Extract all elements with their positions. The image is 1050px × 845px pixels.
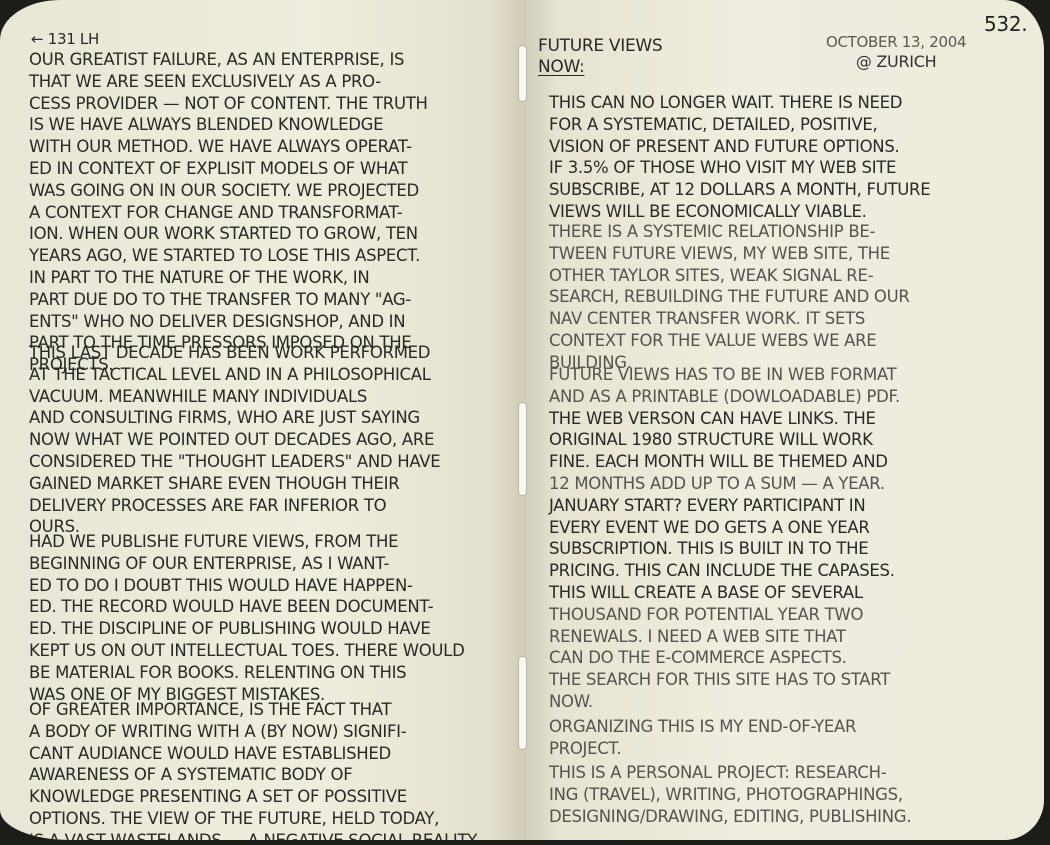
text-line: AT THE TACTICAL LEVEL AND IN A PHILOSOPH… xyxy=(29,364,440,386)
text-line: CESS PROVIDER — NOT OF CONTENT. THE TRUT… xyxy=(29,93,428,115)
page-heading: FUTURE VIEWS NOW: xyxy=(538,36,662,78)
text-line: AWARENESS OF A SYSTEMATIC BODY OF xyxy=(29,764,477,786)
text-line: THIS IS A PERSONAL PROJECT: RESEARCH- xyxy=(549,762,911,784)
text-line: THIS WILL CREATE A BASE OF SEVERAL xyxy=(549,582,900,604)
left-paragraph-2: THIS LAST DECADE HAS BEEN WORK PERFORMED… xyxy=(29,342,440,538)
text-line: CONSIDERED THE "THOUGHT LEADERS" AND HAV… xyxy=(29,451,440,473)
text-line: NOW WHAT WE POINTED OUT DECADES AGO, ARE xyxy=(29,429,440,451)
text-line: YEARS AGO, WE STARTED TO LOSE THIS ASPEC… xyxy=(29,245,428,267)
entry-date: OCTOBER 13, 2004 xyxy=(826,33,966,52)
binding-stitch xyxy=(518,402,527,496)
back-reference: ← 131 LH xyxy=(31,30,99,48)
left-paragraph-1: OUR GREATIST FAILURE, AS AN ENTERPRISE, … xyxy=(29,49,428,376)
text-line: ING (TRAVEL), WRITING, PHOTOGRAPHINGS, xyxy=(549,784,911,806)
text-line: FUTURE VIEWS HAS TO BE IN WEB FORMAT xyxy=(549,364,900,386)
text-line: IN PART TO THE NATURE OF THE WORK, IN xyxy=(29,267,428,289)
text-line: 12 MONTHS ADD UP TO A SUM — A YEAR. xyxy=(549,473,900,495)
binding-stitch xyxy=(518,45,527,102)
entry-date-location: OCTOBER 13, 2004 @ ZURICH xyxy=(826,33,966,71)
text-line: DESIGNING/DRAWING, EDITING, PUBLISHING. xyxy=(549,806,911,828)
text-line: KNOWLEDGE PRESENTING A SET OF POSSITIVE xyxy=(29,786,477,808)
text-line: ORIGINAL 1980 STRUCTURE WILL WORK xyxy=(549,429,900,451)
text-line: THE WEB VERSON CAN HAVE LINKS. THE xyxy=(549,408,900,430)
text-line: TWEEN FUTURE VIEWS, MY WEB SITE, THE xyxy=(549,243,910,265)
text-line: ED. THE RECORD WOULD HAVE BEEN DOCUMENT- xyxy=(29,596,464,618)
right-paragraph-3: FUTURE VIEWS HAS TO BE IN WEB FORMAT AND… xyxy=(549,364,900,713)
text-line: THIS LAST DECADE HAS BEEN WORK PERFORMED xyxy=(29,342,440,364)
right-paragraph-4: ORGANIZING THIS IS MY END-OF-YEAR PROJEC… xyxy=(549,716,856,760)
page-number: 532. xyxy=(984,12,1027,36)
text-line: IS WE HAVE ALWAYS BLENDED KNOWLEDGE xyxy=(29,114,428,136)
right-paragraph-2: THERE IS A SYSTEMIC RELATIONSHIP BE- TWE… xyxy=(549,221,910,374)
text-line: SEARCH, REBUILDING THE FUTURE AND OUR xyxy=(549,286,910,308)
text-line: DELIVERY PROCESSES ARE FAR INFERIOR TO xyxy=(29,495,440,517)
text-line: OTHER TAYLOR SITES, WEAK SIGNAL RE- xyxy=(549,265,910,287)
text-line: FOR A SYSTEMATIC, DETAILED, POSITIVE, xyxy=(549,114,930,136)
text-line: NAV CENTER TRANSFER WORK. IT SETS xyxy=(549,308,910,330)
text-line: THIS CAN NO LONGER WAIT. THERE IS NEED xyxy=(549,92,930,114)
text-line: KEPT US ON OUT INTELLECTUAL TOES. THERE … xyxy=(29,640,464,662)
left-page: ← 131 LH OUR GREATIST FAILURE, AS AN ENT… xyxy=(0,0,526,840)
left-paragraph-3: HAD WE PUBLISHE FUTURE VIEWS, FROM THE B… xyxy=(29,531,464,705)
text-line: RENEWALS. I NEED A WEB SITE THAT xyxy=(549,626,900,648)
text-line: VIEWS WILL BE ECONOMICALLY VIABLE. xyxy=(549,201,930,223)
right-page: 532. OCTOBER 13, 2004 @ ZURICH FUTURE VI… xyxy=(526,0,1044,840)
text-line: CANT AUDIANCE WOULD HAVE ESTABLISHED xyxy=(29,743,477,765)
text-line: EVERY EVENT WE DO GETS A ONE YEAR xyxy=(549,517,900,539)
text-line: THE SEARCH FOR THIS SITE HAS TO START xyxy=(549,669,900,691)
text-line: THERE IS A SYSTEMIC RELATIONSHIP BE- xyxy=(549,221,910,243)
text-line: CONTEXT FOR THE VALUE WEBS WE ARE xyxy=(549,330,910,352)
notebook-spread: ← 131 LH OUR GREATIST FAILURE, AS AN ENT… xyxy=(0,0,1050,845)
text-line: NOW. xyxy=(549,691,900,713)
text-line: ENTS" WHO NO DELIVER DESIGNSHOP, AND IN xyxy=(29,311,428,333)
heading-title: FUTURE VIEWS xyxy=(538,36,662,57)
text-line: AND CONSULTING FIRMS, WHO ARE JUST SAYIN… xyxy=(29,407,440,429)
text-line: JANUARY START? EVERY PARTICIPANT IN xyxy=(549,495,900,517)
text-line: SUBSCRIPTION. THIS IS BUILT IN TO THE xyxy=(549,538,900,560)
text-line: VISION OF PRESENT AND FUTURE OPTIONS. xyxy=(549,136,930,158)
text-line: A BODY OF WRITING WITH A (BY NOW) SIGNIF… xyxy=(29,721,477,743)
text-line: BEGINNING OF OUR ENTERPRISE, AS I WANT- xyxy=(29,553,464,575)
text-line: IF 3.5% OF THOSE WHO VISIT MY WEB SITE xyxy=(549,157,930,179)
text-line: WITH OUR METHOD. WE HAVE ALWAYS OPERAT- xyxy=(29,136,428,158)
left-paragraph-4: OF GREATER IMPORTANCE, IS THE FACT THAT … xyxy=(29,699,477,840)
text-line: ORGANIZING THIS IS MY END-OF-YEAR xyxy=(549,716,856,738)
text-line: THOUSAND FOR POTENTIAL YEAR TWO xyxy=(549,604,900,626)
text-line: SUBSCRIBE, AT 12 DOLLARS A MONTH, FUTURE xyxy=(549,179,930,201)
text-line: CAN DO THE E-COMMERCE ASPECTS. xyxy=(549,647,900,669)
text-line: OPTIONS. THE VIEW OF THE FUTURE, HELD TO… xyxy=(29,808,477,830)
text-line: ED TO DO I DOUBT THIS WOULD HAVE HAPPEN- xyxy=(29,575,464,597)
text-line: PART DUE DO TO THE TRANSFER TO MANY "AG- xyxy=(29,289,428,311)
text-line: A CONTEXT FOR CHANGE AND TRANSFORMAT- xyxy=(29,202,428,224)
text-line: IS A VAST WASTELANDS — A NEGATIVE SOCIAL… xyxy=(29,830,477,840)
heading-subtitle: NOW: xyxy=(538,57,662,78)
text-line: ED IN CONTEXT OF EXPLISIT MODELS OF WHAT xyxy=(29,158,428,180)
right-paragraph-5: THIS IS A PERSONAL PROJECT: RESEARCH- IN… xyxy=(549,762,911,827)
text-line: PROJECT. xyxy=(549,738,856,760)
entry-location: @ ZURICH xyxy=(826,52,966,71)
heading-now: NOW: xyxy=(538,57,584,77)
text-line: AND AS A PRINTABLE (DOWLOADABLE) PDF. xyxy=(549,386,900,408)
text-line: ION. WHEN OUR WORK STARTED TO GROW, TEN xyxy=(29,223,428,245)
text-line: HAD WE PUBLISHE FUTURE VIEWS, FROM THE xyxy=(29,531,464,553)
text-line: VACUUM. MEANWHILE MANY INDIVIDUALS xyxy=(29,386,440,408)
right-paragraph-1: THIS CAN NO LONGER WAIT. THERE IS NEED F… xyxy=(549,92,930,223)
binding-stitch xyxy=(518,656,527,750)
text-line: OF GREATER IMPORTANCE, IS THE FACT THAT xyxy=(29,699,477,721)
text-line: BE MATERIAL FOR BOOKS. RELENTING ON THIS xyxy=(29,662,464,684)
text-line: GAINED MARKET SHARE EVEN THOUGH THEIR xyxy=(29,473,440,495)
text-line: WAS GOING ON IN OUR SOCIETY. WE PROJECTE… xyxy=(29,180,428,202)
text-line: ED. THE DISCIPLINE OF PUBLISHING WOULD H… xyxy=(29,618,464,640)
text-line: OUR GREATIST FAILURE, AS AN ENTERPRISE, … xyxy=(29,49,428,71)
text-line: PRICING. THIS CAN INCLUDE THE CAPASES. xyxy=(549,560,900,582)
text-line: THAT WE ARE SEEN EXCLUSIVELY AS A PRO- xyxy=(29,71,428,93)
text-line: FINE. EACH MONTH WILL BE THEMED AND xyxy=(549,451,900,473)
